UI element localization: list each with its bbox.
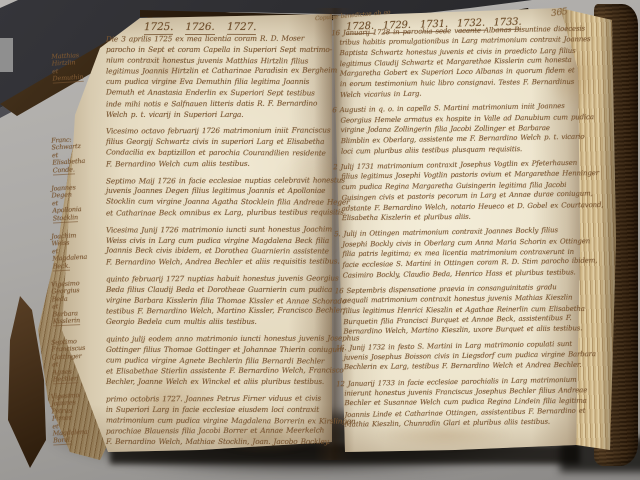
handwriting-line: Bechlerin ex Larg, testibus F. Bernardin… <box>344 360 574 373</box>
register-entry: quinto julij eodem anno matrimonio iunct… <box>106 334 330 388</box>
handwriting-line: Elisabetha <box>52 157 110 168</box>
handwriting-line: Bechler. <box>53 375 79 385</box>
handwriting-line: et Catharinae Beck omnibus ex Larg, plur… <box>106 207 330 219</box>
handwriting-line: Magdalena <box>52 253 110 264</box>
register-entry: 16 Januarij 1728 in parochia sede vacant… <box>339 24 570 100</box>
handwriting-line: Gottinger filius Thomae Gottinger et Joh… <box>106 345 330 356</box>
left-page-entries: Die 3 aprilis 1725 ex mea licentia coram… <box>106 34 330 448</box>
margin-entry: SeptimoFranciscusGottingeretAgnesBechler… <box>51 337 111 385</box>
handwriting-line: 1725. <box>144 21 173 35</box>
handwriting-line: testibus F. Bernardino Welch, Martino Ki… <box>106 306 330 318</box>
margin-entry: Franc:SchwartzetElisabethaConde. <box>51 135 111 176</box>
handwriting-line: parochiae Blauensis filia Jacobi Borrer … <box>106 426 330 438</box>
photo-open-register-book: 1725.1726.1727. MatthiasHirtzlinetDemuth… <box>0 0 640 480</box>
handwriting-line: cum pudica virgine Eva Demuthin filia le… <box>106 77 330 88</box>
handwriting-line: quinto februarij 1727 nuptias habuit hon… <box>106 273 330 285</box>
register-entry: 12 Januarij 1733 in facie ecclesiae paro… <box>344 375 575 430</box>
handwriting-line: 1726. <box>185 21 214 35</box>
margin-entry: JoachimWeissetMagdalenaBeck. <box>51 231 111 272</box>
handwriting-line: inde mihi notis e Salfnauen litteris dat… <box>106 98 330 110</box>
handwriting-line: Welch p. t. vicarij in Superiori Larga. <box>106 110 330 121</box>
register-entry: Vicesima Junij 1726 matrimonio iuncti su… <box>106 225 330 268</box>
margin-entry: MatthiasHirtzlinetDemuthin <box>51 51 111 85</box>
right-page-entries: 16 Januarij 1728 in parochia sede vacant… <box>339 24 575 430</box>
handwriting-line: legitimus Joannis Hirtzlin et Catharinae… <box>106 66 330 78</box>
handwriting-line: Conde. <box>53 166 75 176</box>
handwriting-line: Kisslerin <box>53 317 80 327</box>
handwriting-line: Elisabetha Kiszlerin et pluribus aliis. <box>342 211 572 224</box>
register-entry: primo octobris 1727. Joannes Petrus Firn… <box>106 394 330 448</box>
register-entry: quinto februarij 1727 nuptias habuit hon… <box>106 274 330 328</box>
support-board-patch <box>0 38 13 72</box>
register-entry: 6 Augusti in q. o. in capella S. Martini… <box>340 102 571 157</box>
handwriting-line: Beda filius Claudij Beda et Dorotheae Gu… <box>106 285 330 296</box>
handwriting-line: Beck. <box>53 262 71 271</box>
handwriting-line: Borel. <box>53 437 72 446</box>
margin-entry: VigesimoGeorgiusBedaetBarbaraKisslerin <box>51 279 111 327</box>
register-entry: 16. Junij 1732 in festo S. Martini in La… <box>344 339 574 373</box>
margin-entry: JoannesDegenetApolloniaStocklin <box>51 183 111 224</box>
handwriting-line: filius Georgij Schwartz civis in superio… <box>106 137 330 148</box>
margin-entry: VigesimoJoannesPetrusFirneretMagdalenaBo… <box>51 391 112 447</box>
register-entry: Septimo Maij 1726 in facie ecclesiae nup… <box>106 176 330 219</box>
handwriting-line: quinto julij eodem anno matrimonio iunct… <box>106 333 330 345</box>
handwriting-line: Bechler, Joanne Welch ex Winckel et alii… <box>106 377 330 388</box>
handwriting-line: juvenis Joannes Degen filius legitimus J… <box>106 186 330 197</box>
register-entry: 5. Julij in Ottingen matrimonium contrax… <box>342 226 573 281</box>
handwriting-line: F. Bernardino Welch, Andrea Bechler et a… <box>106 257 330 269</box>
left-page-year-header: 1725.1726.1727. <box>144 15 268 35</box>
handwriting-line: in Superiori Larg in facie ecclesiae eiu… <box>106 405 330 416</box>
register-entry: 2 Julij 1731 matrimonium contraxit Josep… <box>341 159 572 224</box>
handwriting-line: et Elisabethae Stierlin assistente F. Be… <box>106 366 330 378</box>
register-entry: 16 Septembris dispensatione praevia in c… <box>343 282 574 337</box>
handwriting-line: Apollonia <box>52 205 110 216</box>
handwriting-line: primo octobris 1727. Joannes Petrus Firn… <box>106 393 330 405</box>
handwriting-line: Septimo Maij 1726 in facie ecclesiae nup… <box>106 175 330 187</box>
handwriting-line: Vicesima Junij 1726 matrimonio iuncti su… <box>106 224 330 236</box>
handwriting-line: Demuthin <box>52 74 83 84</box>
handwriting-line: parocho in Sept et coram Capella in Supe… <box>106 45 330 56</box>
register-entry: Die 3 aprilis 1725 ex mea licentia coram… <box>106 34 330 120</box>
handwriting-line: Condacilia ex baptizillon et parochia Co… <box>106 147 330 159</box>
handwriting-line: Demuth et Anastasia Enderlin ex Superior… <box>106 87 330 99</box>
register-entry: Vicesimo octavo februarij 1726 matrimoni… <box>106 126 330 169</box>
handwriting-line: F. Bernardino Welch cum aliis testibus. <box>106 158 330 170</box>
handwriting-line: F. Bernardino Welch, Mathiae Stocklin, J… <box>106 437 330 448</box>
handwriting-line: Vicesimo octavo februarij 1726 matrimoni… <box>106 126 330 138</box>
handwriting-line: Georgio Bedela cum multis aliis testibus… <box>106 317 330 328</box>
handwriting-line: Die 3 aprilis 1725 ex mea licentia coram… <box>106 34 330 46</box>
handwriting-line: Stocklin <box>53 214 79 224</box>
